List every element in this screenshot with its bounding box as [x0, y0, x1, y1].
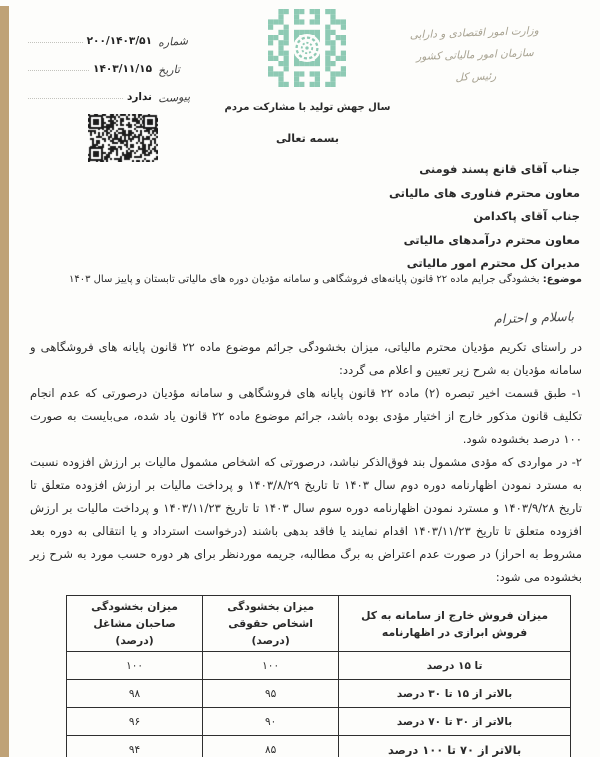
date-label: تاریخ [158, 62, 197, 78]
cell-legal: ۸۵ [203, 736, 339, 757]
cell-range: بالاتر از ۷۰ تا ۱۰۰ درصد [339, 736, 571, 757]
tax-logo-rosette-dot [305, 46, 308, 49]
recipients-block: جناب آقای قانع پسند فومنی معاون محترم فن… [389, 158, 580, 276]
recipient-line: جناب آقای پاکدامن [389, 205, 580, 229]
body-intro-paragraph: در راستای تکریم مؤدیان محترم مالیاتی، می… [30, 336, 582, 382]
table-header-row: میزان فروش خارج از سامانه به کل فروش ابر… [67, 596, 571, 652]
body-item1-paragraph: ۱- طبق قسمت اخیر تبصره (۲) ماده ۲۲ قانون… [30, 382, 582, 451]
recipient-line: معاون محترم درآمدهای مالیاتی [389, 229, 580, 253]
attachment-label: پیوست [158, 90, 197, 106]
cell-range: بالاتر از ۱۵ تا ۳۰ درصد [339, 680, 571, 708]
cell-business: ۱۰۰ [67, 652, 203, 680]
subject-label: موضوع: [543, 274, 582, 285]
cell-business: ۹۶ [67, 708, 203, 736]
cell-range: تا ۱۵ درصد [339, 652, 571, 680]
table-row: بالاتر از ۷۰ تا ۱۰۰ درصد ۸۵ ۹۴ [67, 736, 571, 757]
number-dotted-line [28, 42, 83, 43]
cell-business: ۹۸ [67, 680, 203, 708]
number-label: شماره [158, 34, 197, 50]
attachment-dotted-line [28, 98, 123, 99]
subject-line: موضوع: بخشودگی جرایم ماده ۲۲ قانون پایان… [30, 271, 582, 288]
table-row: بالاتر از ۱۵ تا ۳۰ درصد ۹۵ ۹۸ [67, 680, 571, 708]
forgiveness-table-wrapper: میزان فروش خارج از سامانه به کل فروش ابر… [66, 595, 571, 757]
table-row: تا ۱۵ درصد ۱۰۰ ۱۰۰ [67, 652, 571, 680]
letter-body: در راستای تکریم مؤدیان محترم مالیاتی، می… [30, 336, 582, 589]
header-business-owners: میزان بخشودگی صاحبان مشاغل (درصد) [67, 596, 203, 652]
letter-meta-fields: شماره ۲۰۰/۱۴۰۳/۵۱ تاریخ ۱۴۰۳/۱۱/۱۵ پیوست… [28, 20, 196, 104]
date-dotted-line [28, 70, 89, 71]
cell-legal: ۹۵ [203, 680, 339, 708]
qr-code [88, 114, 158, 162]
subject-text: بخشودگی جرایم ماده ۲۲ قانون پایانه‌های ف… [69, 274, 540, 285]
cell-business: ۹۴ [67, 736, 203, 757]
recipient-line: معاون محترم فناوری های مالیاتی [389, 182, 580, 206]
number-value: ۲۰۰/۱۴۰۳/۵۱ [87, 35, 152, 47]
scan-edge-strip [0, 6, 9, 757]
salutation-text: باسلام و احترام [494, 309, 575, 327]
recipient-line: جناب آقای قانع پسند فومنی [389, 158, 580, 182]
tax-administration-logo-icon [268, 8, 346, 88]
table-row: بالاتر از ۳۰ تا ۷۰ درصد ۹۰ ۹۶ [67, 708, 571, 736]
attachment-value: ندارد [127, 91, 152, 103]
number-field: شماره ۲۰۰/۱۴۰۳/۵۱ [28, 20, 196, 48]
bismillah-text: بسمه تعالی [195, 132, 420, 145]
forgiveness-table: میزان فروش خارج از سامانه به کل فروش ابر… [66, 595, 571, 757]
date-field: تاریخ ۱۴۰۳/۱۱/۱۵ [28, 48, 196, 76]
header-legal-persons: میزان بخشودگی اشخاص حقوقی (درصد) [203, 596, 339, 652]
date-value: ۱۴۰۳/۱۱/۱۵ [93, 63, 152, 75]
cell-legal: ۹۰ [203, 708, 339, 736]
ministry-letterhead: وزارت امور اقتصادی و دارایی سازمان امور … [379, 19, 571, 92]
cell-legal: ۱۰۰ [203, 652, 339, 680]
body-item2-paragraph: ۲- در مواردی که مؤدی مشمول بند فوق‌الذکر… [30, 451, 582, 589]
attachment-field: پیوست ندارد [28, 76, 196, 104]
cell-range: بالاتر از ۳۰ تا ۷۰ درصد [339, 708, 571, 736]
tax-logo-svg [268, 8, 346, 88]
letter-page: وزارت امور اقتصادی و دارایی سازمان امور … [0, 0, 600, 757]
year-slogan: سال جهش تولید با مشارکت مردم [195, 102, 420, 113]
header-sales-ratio: میزان فروش خارج از سامانه به کل فروش ابر… [339, 596, 571, 652]
